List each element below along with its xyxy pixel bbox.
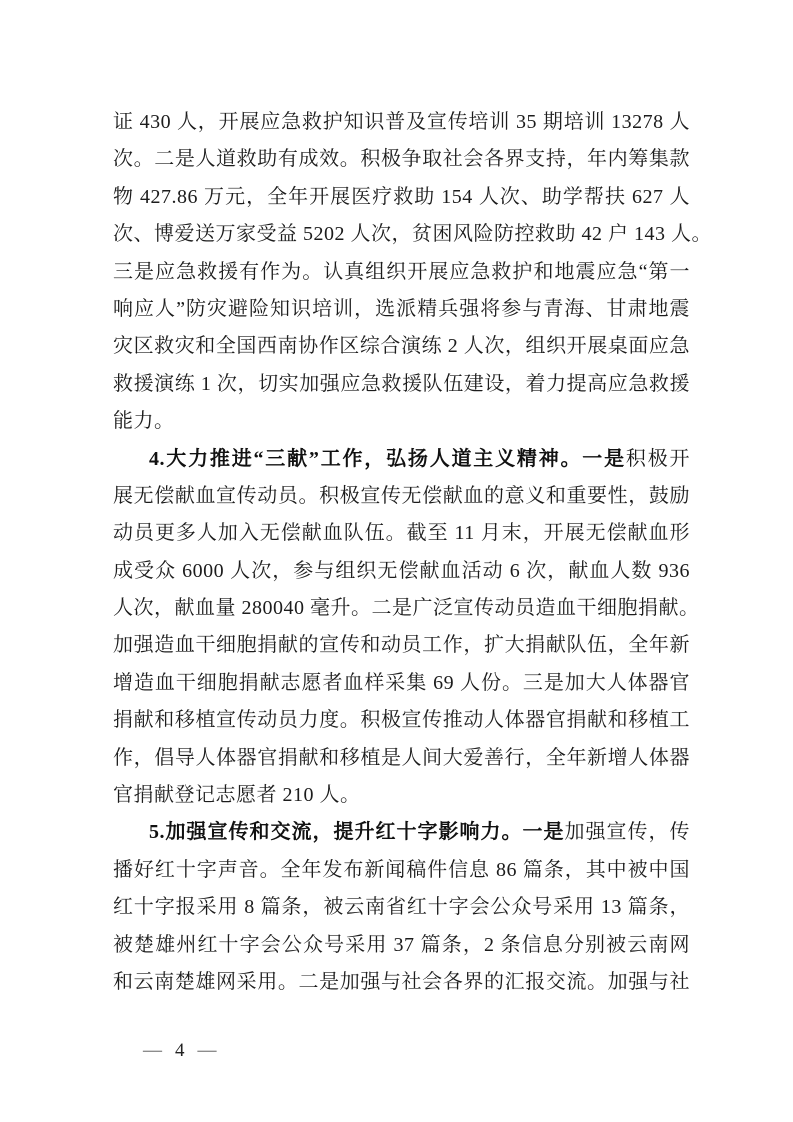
text-segment: 加强宣传，传 (565, 821, 691, 843)
text-segment: 和云南楚雄网采用。二是加强与社会各界的汇报交流。加强与社 (113, 971, 690, 993)
body-line: 捐献和移植宣传动员力度。积极宣传推动人体器官捐献和移植工 (113, 702, 690, 739)
text-segment: 证 430 人，开展应急救护知识普及宣传培训 35 期培训 13278 人 (113, 111, 690, 133)
text-segment: 能力。 (113, 410, 175, 432)
body-line: 证 430 人，开展应急救护知识普及宣传培训 35 期培训 13278 人 (113, 104, 690, 141)
body-line: 救援演练 1 次，切实加强应急救援队伍建设，着力提高应急救援 (113, 366, 690, 403)
page-number: 4 (175, 1040, 185, 1062)
text-segment: 次、博爱送万家受益 5202 人次，贫困风险防控救助 42 户 143 人。 (113, 223, 712, 245)
body-line: 展无偿献血宣传动员。积极宣传无偿献血的意义和重要性，鼓励 (113, 478, 690, 515)
body-line: 增造血干细胞捐献志愿者血样采集 69 人份。三是加大人体器官 (113, 665, 690, 702)
body-line: 被楚雄州红十字会公众号采用 37 篇条，2 条信息分别被云南网 (113, 927, 690, 964)
body-line: 和云南楚雄网采用。二是加强与社会各界的汇报交流。加强与社 (113, 964, 690, 1001)
text-segment: 增造血干细胞捐献志愿者血样采集 69 人份。三是加大人体器官 (113, 672, 690, 694)
text-segment: 被楚雄州红十字会公众号采用 37 篇条，2 条信息分别被云南网 (113, 934, 690, 956)
body-line: 响应人”防灾避险知识培训，选派精兵强将参与青海、甘肃地震 (113, 291, 690, 328)
body-line: 人次，献血量 280040 毫升。二是广泛宣传动员造血干细胞捐献。 (113, 590, 690, 627)
text-segment: 物 427.86 万元，全年开展医疗救助 154 人次、助学帮扶 627 人 (113, 186, 690, 208)
body-line: 次。二是人道救助有成效。积极争取社会各界支持，年内筹集款 (113, 141, 690, 178)
body-line: 作，倡导人体器官捐献和移植是人间大爱善行，全年新增人体器 (113, 740, 690, 777)
text-segment: 展无偿献血宣传动员。积极宣传无偿献血的意义和重要性，鼓励 (113, 485, 690, 507)
body-line: 红十字报采用 8 篇条，被云南省红十字会公众号采用 13 篇条， (113, 889, 690, 926)
body-line: 官捐献登记志愿者 210 人。 (113, 777, 690, 814)
text-segment: 官捐献登记志愿者 210 人。 (113, 784, 361, 806)
text-segment: 捐献和移植宣传动员力度。积极宣传推动人体器官捐献和移植工 (113, 709, 690, 731)
text-segment: 播好红十字声音。全年发布新闻稿件信息 86 篇条，其中被中国 (113, 859, 690, 881)
text-segment: 动员更多人加入无偿献血队伍。截至 11 月末，开展无偿献血形 (113, 522, 690, 544)
body-line: 次、博爱送万家受益 5202 人次，贫困风险防控救助 42 户 143 人。 (113, 216, 690, 253)
heading-segment: 5.加强宣传和交流，提升红十字影响力。一是 (149, 821, 565, 843)
document-page: 证 430 人，开展应急救护知识普及宣传培训 35 期培训 13278 人次。二… (0, 0, 793, 1122)
page-number-dash-right: — (198, 1040, 217, 1062)
text-segment: 红十字报采用 8 篇条，被云南省红十字会公众号采用 13 篇条， (113, 896, 690, 918)
body-line: 5.加强宣传和交流，提升红十字影响力。一是加强宣传，传 (113, 814, 690, 851)
text-segment: 作，倡导人体器官捐献和移植是人间大爱善行，全年新增人体器 (113, 747, 690, 769)
text-segment: 灾区救灾和全国西南协作区综合演练 2 人次，组织开展桌面应急 (113, 335, 690, 357)
body-line: 成受众 6000 人次，参与组织无偿献血活动 6 次，献血人数 936 (113, 553, 690, 590)
body-line: 加强造血干细胞捐献的宣传和动员工作，扩大捐献队伍，全年新 (113, 627, 690, 664)
body-line: 能力。 (113, 403, 690, 440)
text-segment: 三是应急救援有作为。认真组织开展应急救护和地震应急“第一 (113, 261, 690, 283)
page-footer: — 4 — (143, 1036, 217, 1066)
body-line: 三是应急救援有作为。认真组织开展应急救护和地震应急“第一 (113, 254, 690, 291)
text-segment: 加强造血干细胞捐献的宣传和动员工作，扩大捐献队伍，全年新 (113, 634, 690, 656)
body-line: 4.大力推进“三献”工作，弘扬人道主义精神。一是积极开 (113, 441, 690, 478)
text-segment: 次。二是人道救助有成效。积极争取社会各界支持，年内筹集款 (113, 148, 690, 170)
text-segment: 人次，献血量 280040 毫升。二是广泛宣传动员造血干细胞捐献。 (113, 597, 700, 619)
text-segment: 救援演练 1 次，切实加强应急救援队伍建设，着力提高应急救援 (113, 373, 690, 395)
body-line: 播好红十字声音。全年发布新闻稿件信息 86 篇条，其中被中国 (113, 852, 690, 889)
body-line: 动员更多人加入无偿献血队伍。截至 11 月末，开展无偿献血形 (113, 515, 690, 552)
body-line: 物 427.86 万元，全年开展医疗救助 154 人次、助学帮扶 627 人 (113, 179, 690, 216)
body-line: 灾区救灾和全国西南协作区综合演练 2 人次，组织开展桌面应急 (113, 328, 690, 365)
text-segment: 响应人”防灾避险知识培训，选派精兵强将参与青海、甘肃地震 (113, 298, 690, 320)
text-segment: 成受众 6000 人次，参与组织无偿献血活动 6 次，献血人数 936 (113, 560, 690, 582)
heading-segment: 4.大力推进“三献”工作，弘扬人道主义精神。一是 (149, 448, 626, 470)
page-number-dash-left: — (143, 1040, 162, 1062)
document-body: 证 430 人，开展应急救护知识普及宣传培训 35 期培训 13278 人次。二… (113, 104, 690, 1001)
text-segment: 积极开 (626, 448, 690, 470)
